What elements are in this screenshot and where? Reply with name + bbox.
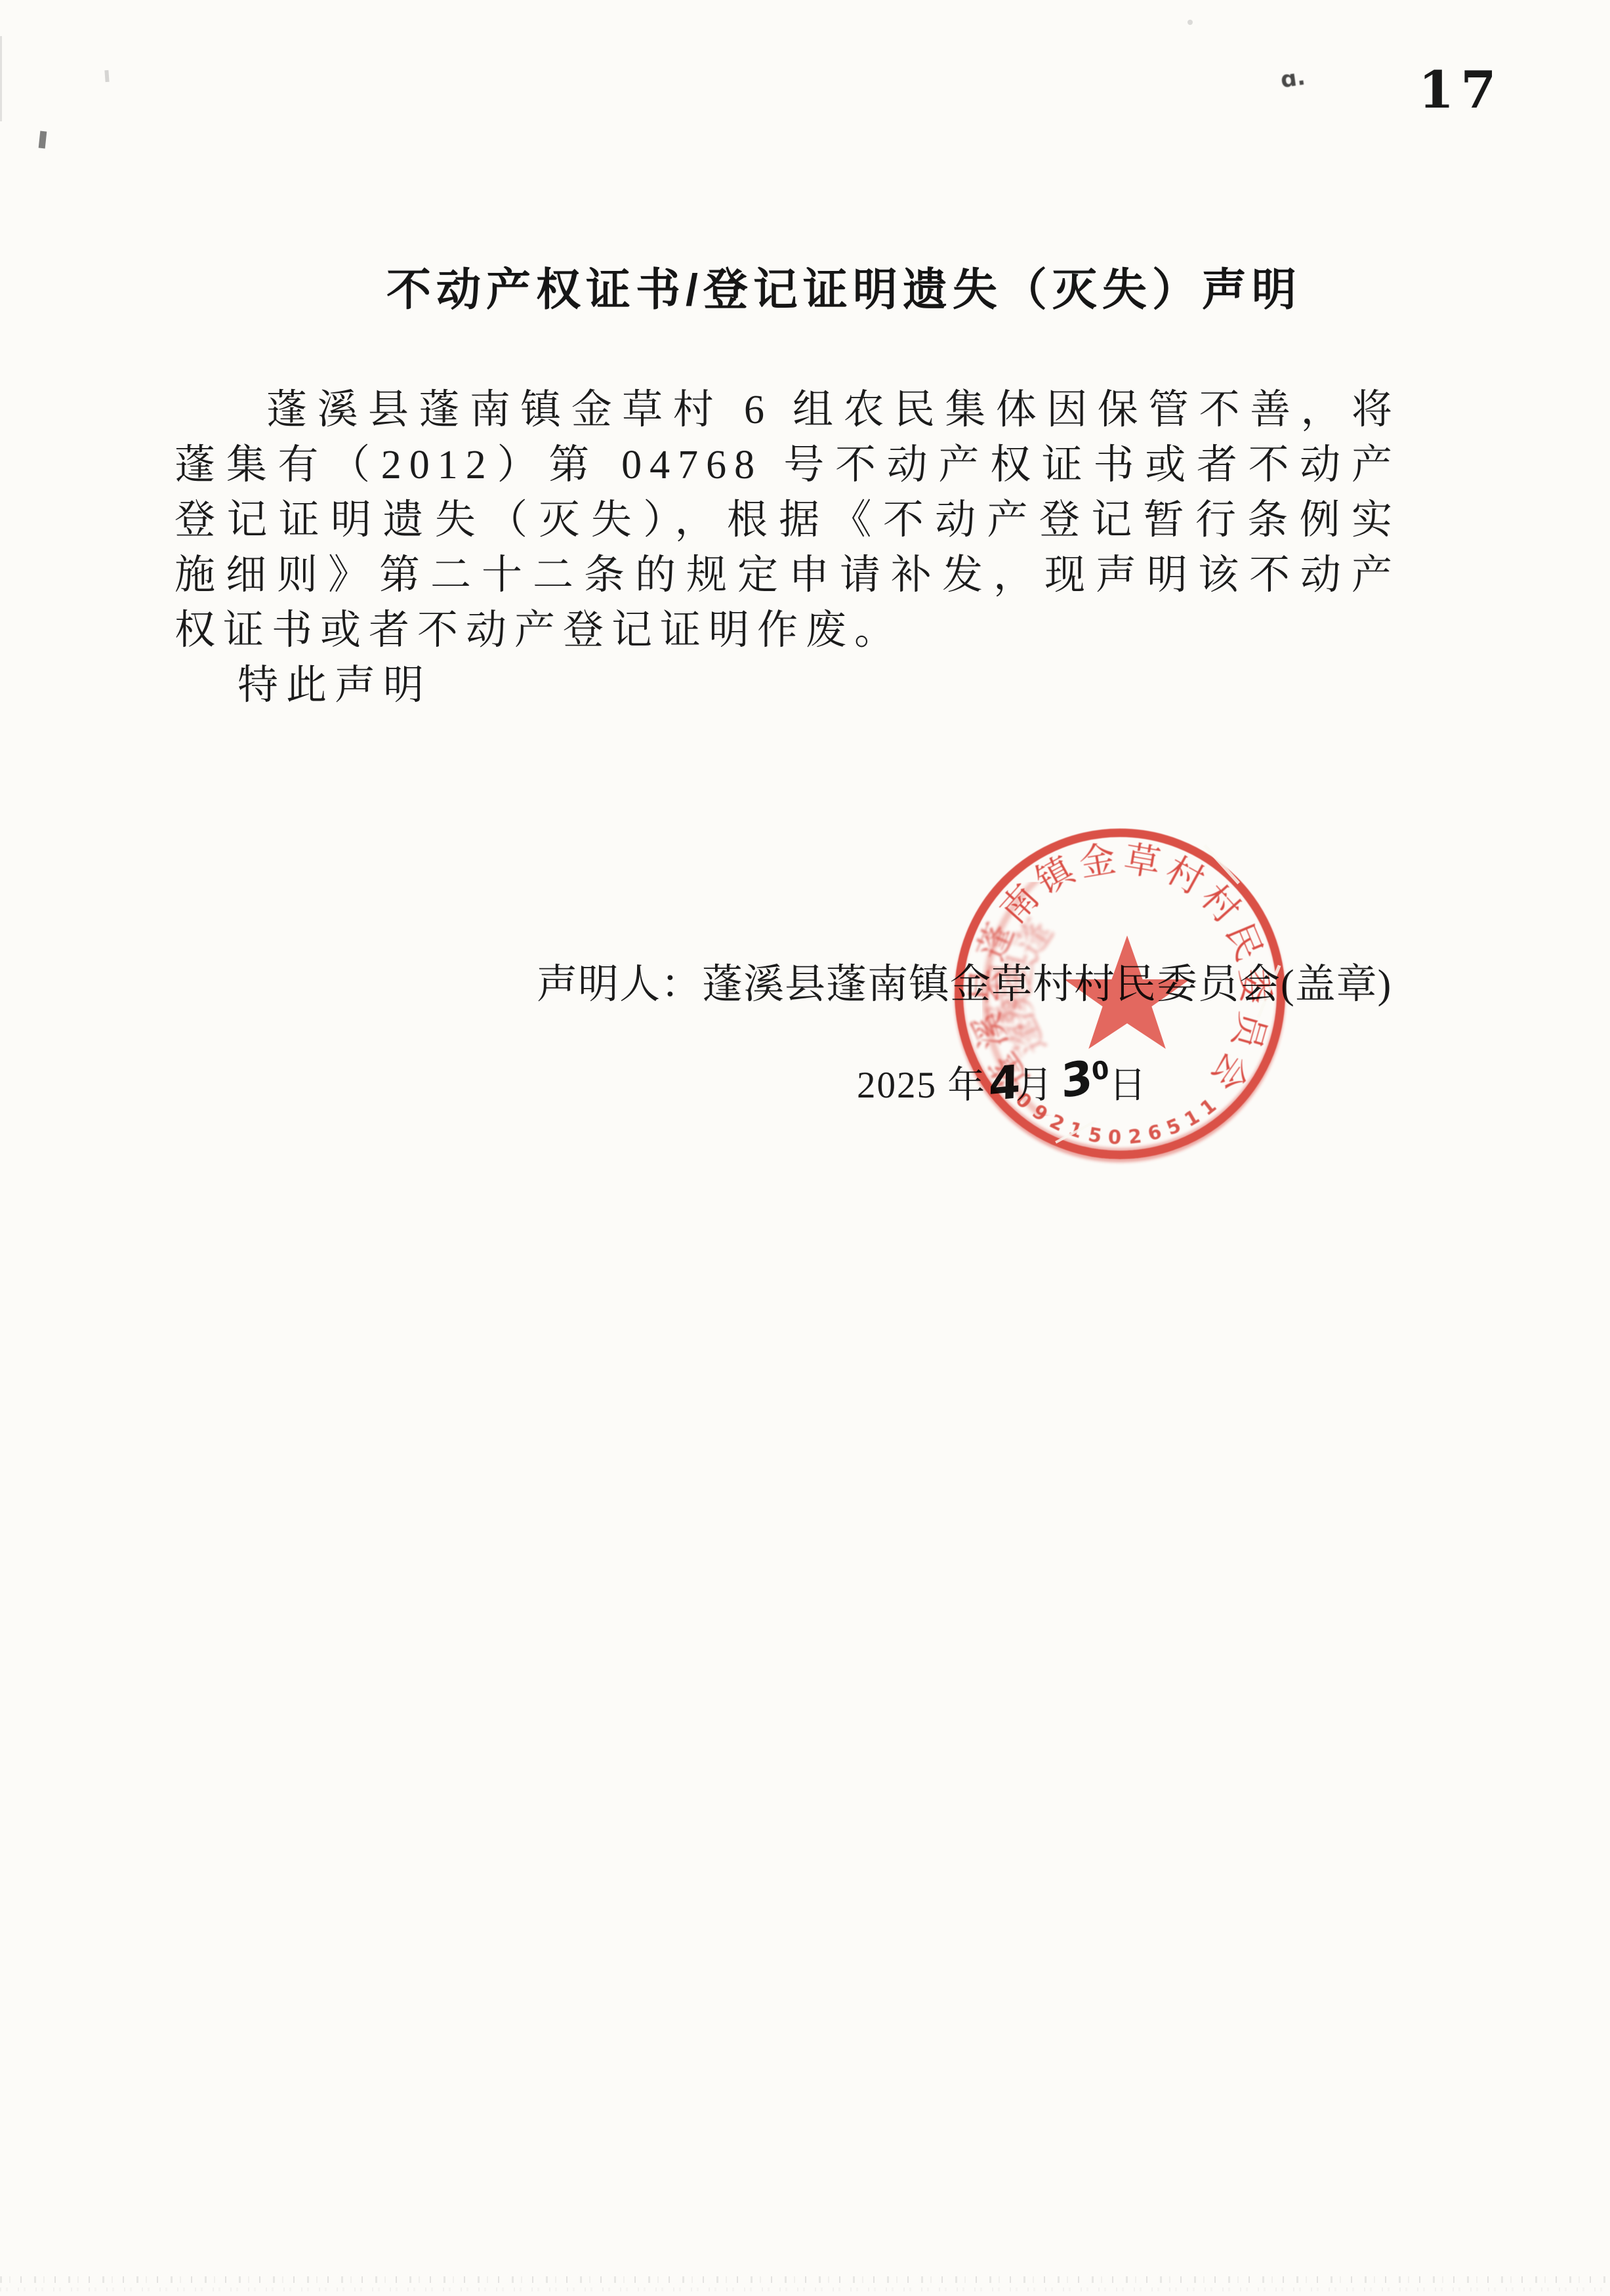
body-line: 特此声明 (175, 658, 1400, 713)
scan-noise-band (0, 2287, 1610, 2291)
scan-speck (1187, 20, 1193, 25)
document-title: 不动产权证书/登记证明遗失（灭失）声明 (386, 255, 1302, 318)
seal-character: 草 (1122, 840, 1163, 882)
seal-character: 溪 (984, 996, 1027, 1039)
seal-serial-digit: 0 (1108, 1128, 1122, 1147)
seal-character: 金 (1077, 840, 1118, 882)
seal-serial-digit: 2 (1127, 1126, 1142, 1147)
body-line: 蓬集有（2012）第 04768 号不动产权证书或者不动产 (175, 438, 1400, 493)
seal-character: 县 (984, 958, 1025, 999)
declaration-body: 蓬溪县蓬南镇金草村 6 组农民集体因保管不善，将蓬集有（2012）第 04768… (175, 382, 1400, 713)
body-line: 施细则》第二十二条的规定申请补发，现声明该不动产 (175, 548, 1400, 603)
page-number: 17 (1418, 60, 1503, 120)
ink-smudge-mark: ɑ. (1279, 64, 1306, 94)
scan-noise-band (0, 2276, 1610, 2283)
body-line: 权证书或者不动产登记证明作废。 (175, 603, 1400, 658)
scan-edge-line (0, 36, 2, 121)
official-seal: 蓬蓬溪溪县县蓬蓬南镇金草村村民委员会溪县 09215026511 (955, 829, 1285, 1159)
scan-speck (39, 131, 47, 149)
scanned-document-page: ɑ. 17 不动产权证书/登记证明遗失（灭失）声明 蓬溪县蓬南镇金草村 6 组农… (0, 0, 1610, 2296)
body-line: 登记证明遗失（灭失），根据《不动产登记暂行条例实 (175, 493, 1400, 548)
scan-speck (104, 70, 109, 82)
body-line: 蓬溪县蓬南镇金草村 6 组农民集体因保管不善，将 (175, 382, 1400, 438)
